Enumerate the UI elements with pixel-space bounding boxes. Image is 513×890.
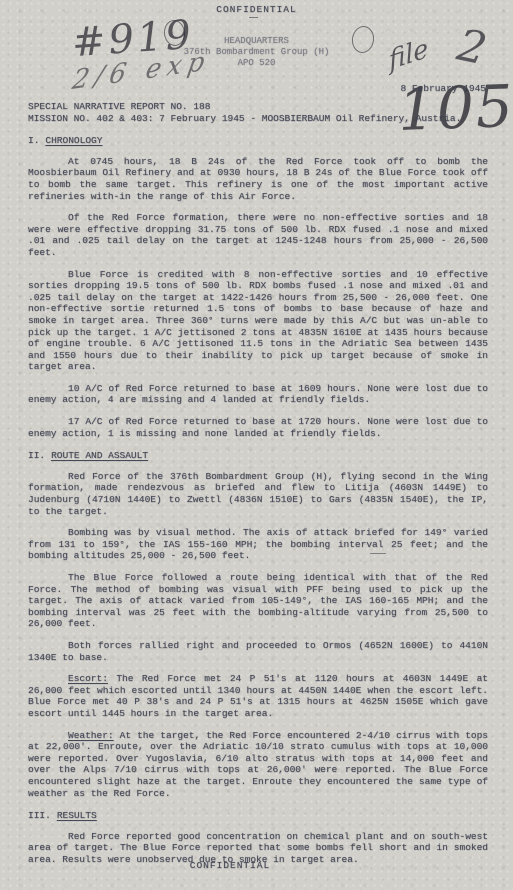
classification-bottom: CONFIDENTIAL bbox=[0, 860, 460, 871]
paragraph-text: 17 A/C of Red Force returned to base at … bbox=[28, 416, 488, 439]
section-title: ROUTE AND ASSAULT bbox=[51, 450, 148, 461]
classification-top: CONFIDENTIAL bbox=[0, 4, 513, 15]
scanned-document-page: CONFIDENTIAL #919 2/6 exp file 2 105 HEA… bbox=[0, 0, 513, 890]
document-date: 8 February 1945 bbox=[0, 83, 486, 94]
letterhead: HEADQUARTERS 376th Bombardment Group (H)… bbox=[0, 36, 513, 69]
section-results: III.RESULTS Red Force reported good conc… bbox=[28, 810, 488, 865]
letterhead-headquarters: HEADQUARTERS bbox=[0, 36, 513, 47]
paragraph: 10 A/C of Red Force returned to base at … bbox=[28, 383, 488, 406]
mission-title: MISSION NO. 402 & 403: 7 February 1945 -… bbox=[28, 113, 488, 125]
paragraph-text: Of the Red Force formation, there were n… bbox=[28, 212, 488, 258]
section-heading: II.ROUTE AND ASSAULT bbox=[28, 450, 488, 462]
paragraph-lead: Escort: bbox=[68, 673, 108, 684]
section-title: CHRONOLOGY bbox=[45, 135, 102, 146]
section-chronology: I.CHRONOLOGY At 0745 hours, 18 B 24s of … bbox=[28, 135, 488, 439]
paragraph: Red Force of the 376th Bombardment Group… bbox=[28, 471, 488, 517]
paragraph: Bombing was by visual method. The axis o… bbox=[28, 527, 488, 562]
paragraph: Both forces rallied right and proceeded … bbox=[28, 640, 488, 663]
section-number: I. bbox=[28, 135, 39, 146]
paragraph: 17 A/C of Red Force returned to base at … bbox=[28, 416, 488, 439]
classification-underline-mark bbox=[249, 17, 258, 18]
section-heading: III.RESULTS bbox=[28, 810, 488, 822]
paragraph-text: Red Force of the 376th Bombardment Group… bbox=[28, 471, 488, 517]
paragraph-text: Bombing was by visual method. The axis o… bbox=[28, 527, 488, 561]
document-body: SPECIAL NARRATIVE REPORT NO. 188 MISSION… bbox=[28, 101, 488, 875]
paragraph: Blue Force is credited with 8 non-effect… bbox=[28, 269, 488, 373]
paragraph: Of the Red Force formation, there were n… bbox=[28, 212, 488, 258]
paragraph-text: The Blue Force followed a route being id… bbox=[28, 572, 488, 629]
section-number: II. bbox=[28, 450, 45, 461]
section-number: III. bbox=[28, 810, 51, 821]
section-route-and-assault: II.ROUTE AND ASSAULT Red Force of the 37… bbox=[28, 450, 488, 799]
ink-smudge-mark bbox=[370, 553, 386, 554]
paragraph: At 0745 hours, 18 B 24s of the Red Force… bbox=[28, 156, 488, 202]
paragraph-text: 10 A/C of Red Force returned to base at … bbox=[28, 383, 488, 406]
letterhead-group: 376th Bombardment Group (H) bbox=[0, 47, 513, 58]
section-title: RESULTS bbox=[57, 810, 97, 821]
paragraph-text: Blue Force is credited with 8 non-effect… bbox=[28, 269, 488, 373]
paragraph-text: At 0745 hours, 18 B 24s of the Red Force… bbox=[28, 156, 488, 202]
paragraph-text: Both forces rallied right and proceeded … bbox=[28, 640, 488, 663]
paragraph-lead: Weather: bbox=[68, 730, 114, 741]
section-heading: I.CHRONOLOGY bbox=[28, 135, 488, 147]
letterhead-apo: APO 520 bbox=[0, 58, 513, 69]
paragraph: The Blue Force followed a route being id… bbox=[28, 572, 488, 630]
paragraph-weather: Weather: At the target, the Red Force en… bbox=[28, 730, 488, 800]
report-title: SPECIAL NARRATIVE REPORT NO. 188 bbox=[28, 101, 488, 113]
paragraph-escort: Escort: The Red Force met 24 P 51's at 1… bbox=[28, 673, 488, 719]
